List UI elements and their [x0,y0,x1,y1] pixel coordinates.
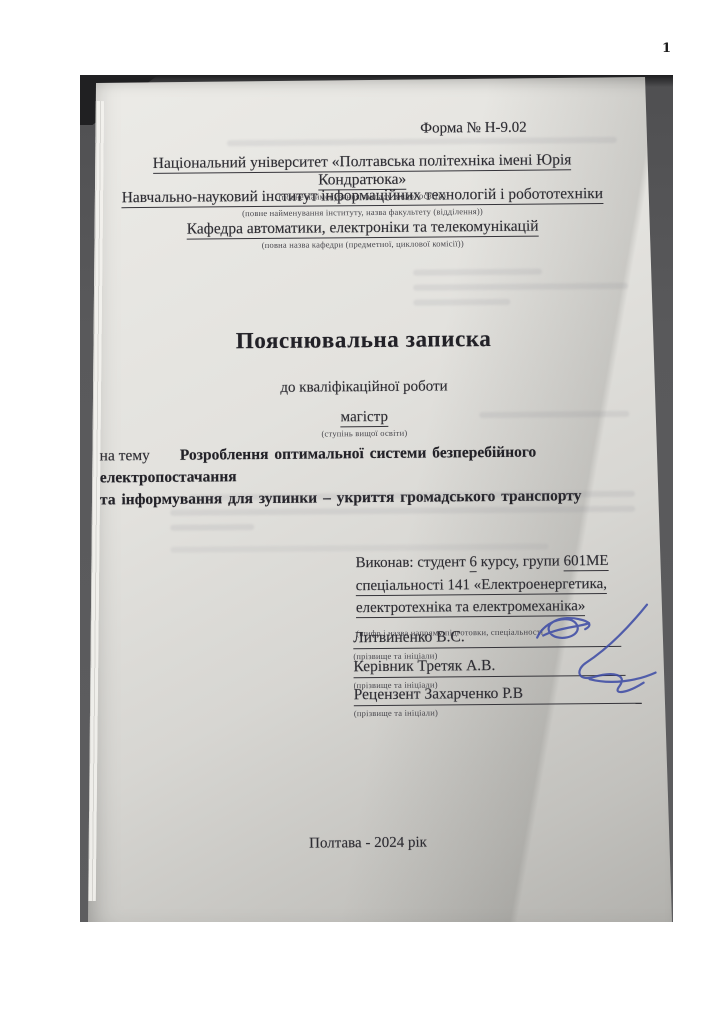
document-subtitle: до кваліфікаційної роботи [109,377,619,398]
page-number: 1 [662,41,671,56]
bleed-through-text [170,491,635,540]
institute-name-line: Навчально-науковий інститут інформаційни… [107,185,617,219]
executor-name: Литвиненко В.С. [353,627,621,649]
reviewer-signature-row: Рецензент Захарченко Р.В (прізвище та ін… [354,684,642,719]
executor-line2: спеціальності 141 «Електроенергетика, [356,575,607,595]
topic-label: на тему [100,447,150,464]
paper-sheet: Форма № Н-9.02 Національний університет … [80,75,673,922]
executor-line3: електротехніка та електромеханіка» [356,598,586,618]
reviewer-name: Рецензент Захарченко Р.В [354,684,642,707]
document-title: Пояснювальна записка [109,325,619,355]
degree-caption: (ступінь вищої освіти) [109,426,619,440]
department-name: Кафедра автоматики, електроніки та телек… [187,218,539,240]
city-year-line: Полтава - 2024 рік [113,833,623,854]
bleed-through-text [413,268,628,315]
title-page-content: Форма № Н-9.02 Національний університет … [80,75,673,922]
title-page-photo: Форма № Н-9.02 Національний університет … [80,75,673,922]
executor-line1: Виконав: студент 6 курсу, групи 601МЕ [355,553,608,572]
supervisor-name: Керівник Третяк А.В. [353,656,625,678]
topic-line1: Розроблення оптимальної системи безпереб… [100,444,537,487]
reviewer-name-caption: (прізвище та ініціали) [354,706,642,719]
degree-value: магістр [341,409,388,427]
department-caption: (повна назва кафедри (предметної, циклов… [108,237,618,251]
group-code: 601МЕ [563,553,608,571]
university-name: Національний університет «Полтавська пол… [153,151,572,190]
document-viewer-page: 1 Форма № Н-9.02 Національний університе… [0,0,724,1024]
bleed-through-text [479,411,629,427]
department-name-line: Кафедра автоматики, електроніки та телек… [108,217,618,251]
